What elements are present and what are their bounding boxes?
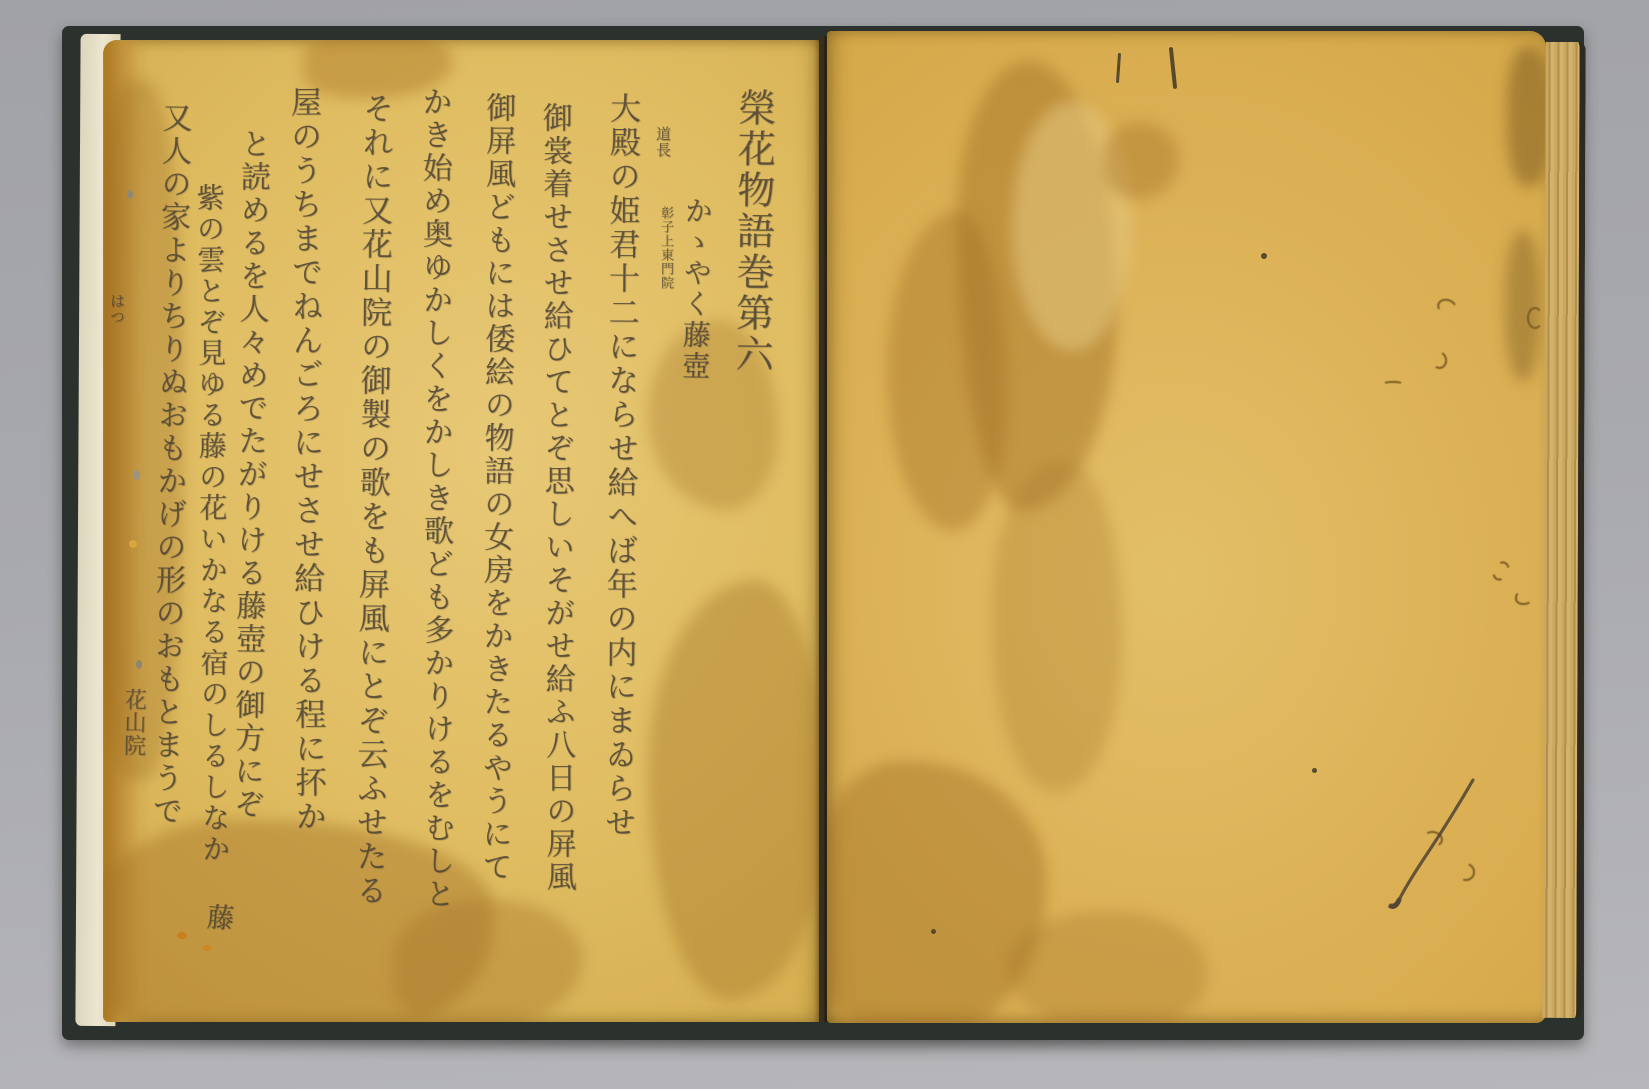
chapter-title-column: かゝやく藤壺 — [679, 196, 711, 446]
gold-fleck — [136, 660, 142, 669]
ink-dash — [1116, 53, 1121, 83]
photo-backdrop: 榮花物語巻第六 かゝやく藤壺 大殿の姫君十二にならせ給へば年の内にまゐらせ 道長… — [0, 0, 1649, 1089]
ink-stroke — [1355, 776, 1485, 916]
water-stain — [648, 580, 819, 1000]
interlinear-gloss-michinaga: 道長 — [655, 126, 670, 196]
handwritten-column: 御屏風どもには倭絵の物語の女房をかきたるやうにて — [478, 92, 513, 1017]
wormhole-mark — [1429, 349, 1449, 371]
wormhole-mark — [1527, 307, 1543, 329]
handwritten-column: 屋のうちまでねんごろにせさせ給ひける程に抔か — [287, 86, 325, 1022]
handwritten-column: 御裳着せさせ給ひてとぞ思しいそがせ給ふ八日の屏風 — [539, 102, 574, 1007]
gold-fleck — [133, 470, 140, 480]
ink-dash — [1169, 47, 1177, 89]
interlinear-gloss-shoshi: 彰子上東門院 — [659, 206, 672, 336]
ink-speck — [1261, 253, 1267, 259]
ink-speck — [1312, 768, 1317, 773]
handwritten-column: それに又花山院の御製の歌をも屏風にとぞ云ふせたる — [351, 92, 390, 1022]
handwritten-column: かき始め奥ゆかしくをかしき歌ども多かりけるをむしと — [418, 86, 451, 1016]
water-stain — [887, 211, 1007, 531]
water-stain — [1007, 911, 1207, 1023]
water-stain — [1103, 123, 1179, 199]
trailing-character: 藤 — [201, 902, 232, 964]
marginal-gloss-kazanin: 花山院 — [120, 688, 145, 858]
marginal-edge-note: はつ — [109, 293, 124, 373]
wormhole-mark — [1383, 381, 1403, 389]
water-stain — [992, 461, 1122, 791]
gold-fleck — [129, 540, 137, 548]
gold-fleck — [127, 190, 133, 199]
title-column: 榮花物語巻第六 — [731, 88, 773, 448]
handwritten-column: 紫の雲とぞ見ゆる藤の花いかなる宿のしるしなか — [194, 183, 229, 993]
wormhole-mark — [1489, 558, 1513, 583]
wormhole-mark — [1515, 591, 1532, 605]
ink-speck — [931, 929, 936, 934]
wormhole-mark — [1435, 296, 1459, 318]
edge-smudge — [1505, 231, 1541, 381]
handwritten-column: 大殿の姫君十二にならせ給へば年の内にまゐらせ — [600, 92, 637, 1002]
edge-smudge — [1507, 46, 1546, 186]
page-stack-right-edge — [1542, 42, 1585, 1018]
right-page — [827, 31, 1546, 1023]
left-page: 榮花物語巻第六 かゝやく藤壺 大殿の姫君十二にならせ給へば年の内にまゐらせ 道長… — [103, 40, 819, 1022]
orange-speck — [177, 932, 187, 939]
